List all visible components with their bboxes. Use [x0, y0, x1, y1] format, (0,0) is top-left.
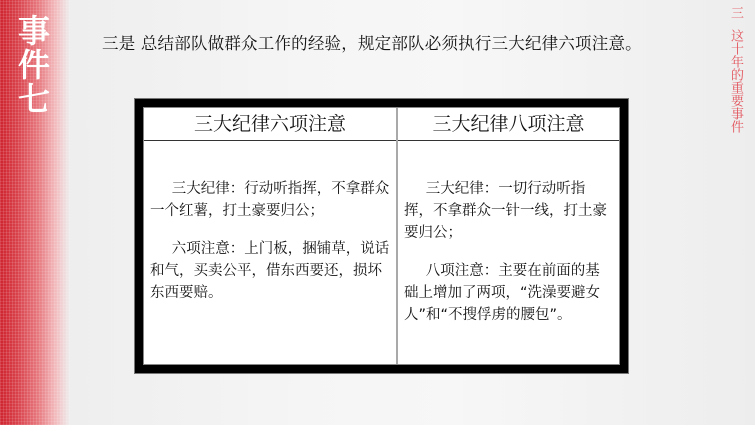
event-title: 事件七: [12, 10, 52, 120]
section-label: 三这十年的重要事件: [723, 6, 743, 133]
comparison-table: 三大纪律六项注意 三大纪律：行动听指挥，不拿群众一个红薯，打土豪要归公； 六项注…: [134, 98, 629, 374]
paragraph-three-rules: 三大纪律：行动听指挥，不拿群众一个红薯，打土豪要归公；: [150, 178, 390, 222]
column-eight-points: 三大纪律八项注意 三大纪律：一切行动听指挥，不拿群众一针一线，打土豪要归公； 八…: [398, 108, 619, 364]
section-number: 三: [728, 6, 743, 19]
table-inner: 三大纪律六项注意 三大纪律：行动听指挥，不拿群众一个红薯，打土豪要归公； 六项注…: [143, 107, 620, 365]
slide-heading: 三是 总结部队做群众工作的经验，规定部队必须执行三大纪律六项注意。: [102, 30, 642, 54]
column-six-points: 三大纪律六项注意 三大纪律：行动听指挥，不拿群众一个红薯，打土豪要归公； 六项注…: [144, 108, 398, 364]
column-header: 三大纪律六项注意: [144, 108, 396, 141]
paragraph-eight-points: 八项注意：主要在前面的基础上增加了两项，“洗澡要避女人”和“不搜俘虏的腰包”。: [404, 260, 613, 326]
column-body: 三大纪律：一切行动听指挥，不拿群众一针一线，打土豪要归公； 八项注意：主要在前面…: [398, 141, 619, 326]
column-body: 三大纪律：行动听指挥，不拿群众一个红薯，打土豪要归公； 六项注意：上门板，捆铺草…: [144, 141, 396, 304]
side-band: 事件七: [0, 0, 70, 425]
section-text: 这十年的重要事件: [728, 29, 743, 133]
paragraph-six-points: 六项注意：上门板，捆铺草，说话和气，买卖公平，借东西要还，损坏东西要赔。: [150, 238, 390, 304]
column-header: 三大纪律八项注意: [398, 108, 619, 141]
paragraph-three-rules: 三大纪律：一切行动听指挥，不拿群众一针一线，打土豪要归公；: [404, 178, 613, 244]
